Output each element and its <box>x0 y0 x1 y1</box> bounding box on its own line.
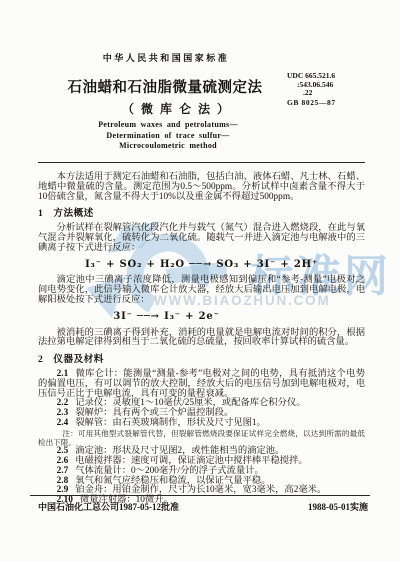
item-number: 2.5 <box>57 446 69 456</box>
english-title: Petroleum waxes and petrolatums— Determi… <box>0 120 336 152</box>
item-number: 2.9 <box>57 485 69 495</box>
item-text: 记录仪：灵敏度1～10毫伏/25厘米，或配备库仑积分仪。 <box>75 398 305 408</box>
item-number: 2.6 <box>57 456 69 466</box>
udc-block: UDC 665.521.6 :543.06.546 .22 GB 8025—87 <box>287 72 336 107</box>
footer: 中国石油化工总公司1987-05-12批准 1988-05-01实施 <box>38 500 368 513</box>
implementation-date: 1988-05-01实施 <box>308 500 368 513</box>
item-note: 注：可用其他型式裂解管代替，但裂解管燃烧段要保证试样完全燃烧，以达到所需的最低检… <box>38 429 365 447</box>
standard-label: 中华人民共和国国家标准 <box>5 51 327 64</box>
document-page: 标准网 WWW.BIAOZHUN.COM 中华人民共和国国家标准 石油蜡和石油脂… <box>0 0 400 562</box>
item-text: 电磁搅拌器：速度可调，保证滴定池中搅拌棒平稳搅拌。 <box>75 456 307 466</box>
list-item: 2.1微库仑计：能测量“测量-参考”电极对之间的电势，具有抵消这个电势的偏置电压… <box>38 370 365 399</box>
english-title-line-2: Determination of trace sulfur— <box>0 131 336 142</box>
document-title: 石油蜡和石油脂微量硫测定法 <box>0 76 330 97</box>
reaction-formula-2: 3I⁻ ──→ I₃⁻ + 2e⁻ <box>38 312 295 322</box>
section-1-heading: 1 方法概述 <box>38 209 365 219</box>
method-paragraph-3: 被消耗的三碘离子得到补充，消耗的电量就是电解电流对时间的积分，根据法拉第电解定律… <box>38 329 365 349</box>
item-text: 裂解管：由石英玻璃制作，形状及尺寸见图1。 <box>75 418 266 428</box>
standard-code: GB 8025—87 <box>287 99 336 108</box>
item-number: 2.2 <box>57 398 69 408</box>
footer-divider <box>30 495 370 496</box>
item-text: 微库仑计：能测量“测量-参考”电极对之间的电势，具有抵消这个电势的偏置电压，有可… <box>38 369 365 399</box>
list-item: 2.4裂解管：由石英玻璃制作，形状及尺寸见图1。 <box>38 419 365 429</box>
item-number: 2.3 <box>57 408 69 418</box>
method-paragraph-1: 分析试样在裂解管汽化段汽化并与载气（氮气）混合进入燃烧段，在此与氧气混合并裂解氧… <box>38 224 365 253</box>
english-title-line-3: Microcoulometric method <box>0 141 336 152</box>
item-number: 2.1 <box>57 369 69 379</box>
item-number: 2.7 <box>57 466 69 476</box>
item-number: 2.4 <box>57 418 69 428</box>
item-text: 裂解炉：具有两个或三个炉温控制段。 <box>75 408 233 418</box>
item-text: 气体流量计：0～200毫升/分的浮子式流量计。 <box>75 466 264 476</box>
document-content: 中华人民共和国国家标准 石油蜡和石油脂微量硫测定法 （微库仑法） UDC 665… <box>0 0 400 562</box>
english-title-line-1: Petroleum waxes and petrolatums— <box>0 120 336 131</box>
reaction-formula-1: I₃⁻ + SO₂ + H₂O ──→ SO₃ + 3I⁻ + 2H⁺ <box>38 260 365 270</box>
document-body: 本方法适用于测定石油蜡和石油脂，包括白油、液体石蜡、凡士林、石蜡、地蜡中微量硫的… <box>38 162 365 506</box>
header-divider <box>38 162 365 163</box>
section-2-heading: 2 仪器及材料 <box>38 355 365 365</box>
scope-paragraph: 本方法适用于测定石油蜡和石油脂，包括白油、液体石蜡、凡士林、石蜡、地蜡中微量硫的… <box>38 173 365 202</box>
method-paragraph-2: 滴定池中三碘离子浓度降低，测量电极感知到偏压和“参考-测量”电极对之间电势变化，… <box>38 276 365 305</box>
approval-note: 中国石油化工总公司1987-05-12批准 <box>38 500 179 513</box>
udc-line-3: .22 <box>303 89 336 98</box>
item-text: 滴定池：形状及尺寸见图2，或性能相当的滴定池。 <box>75 446 284 456</box>
item-text: 铂金舟：用铂金制作，尺寸为长10毫米，宽3毫米，高2毫米。 <box>75 485 326 495</box>
